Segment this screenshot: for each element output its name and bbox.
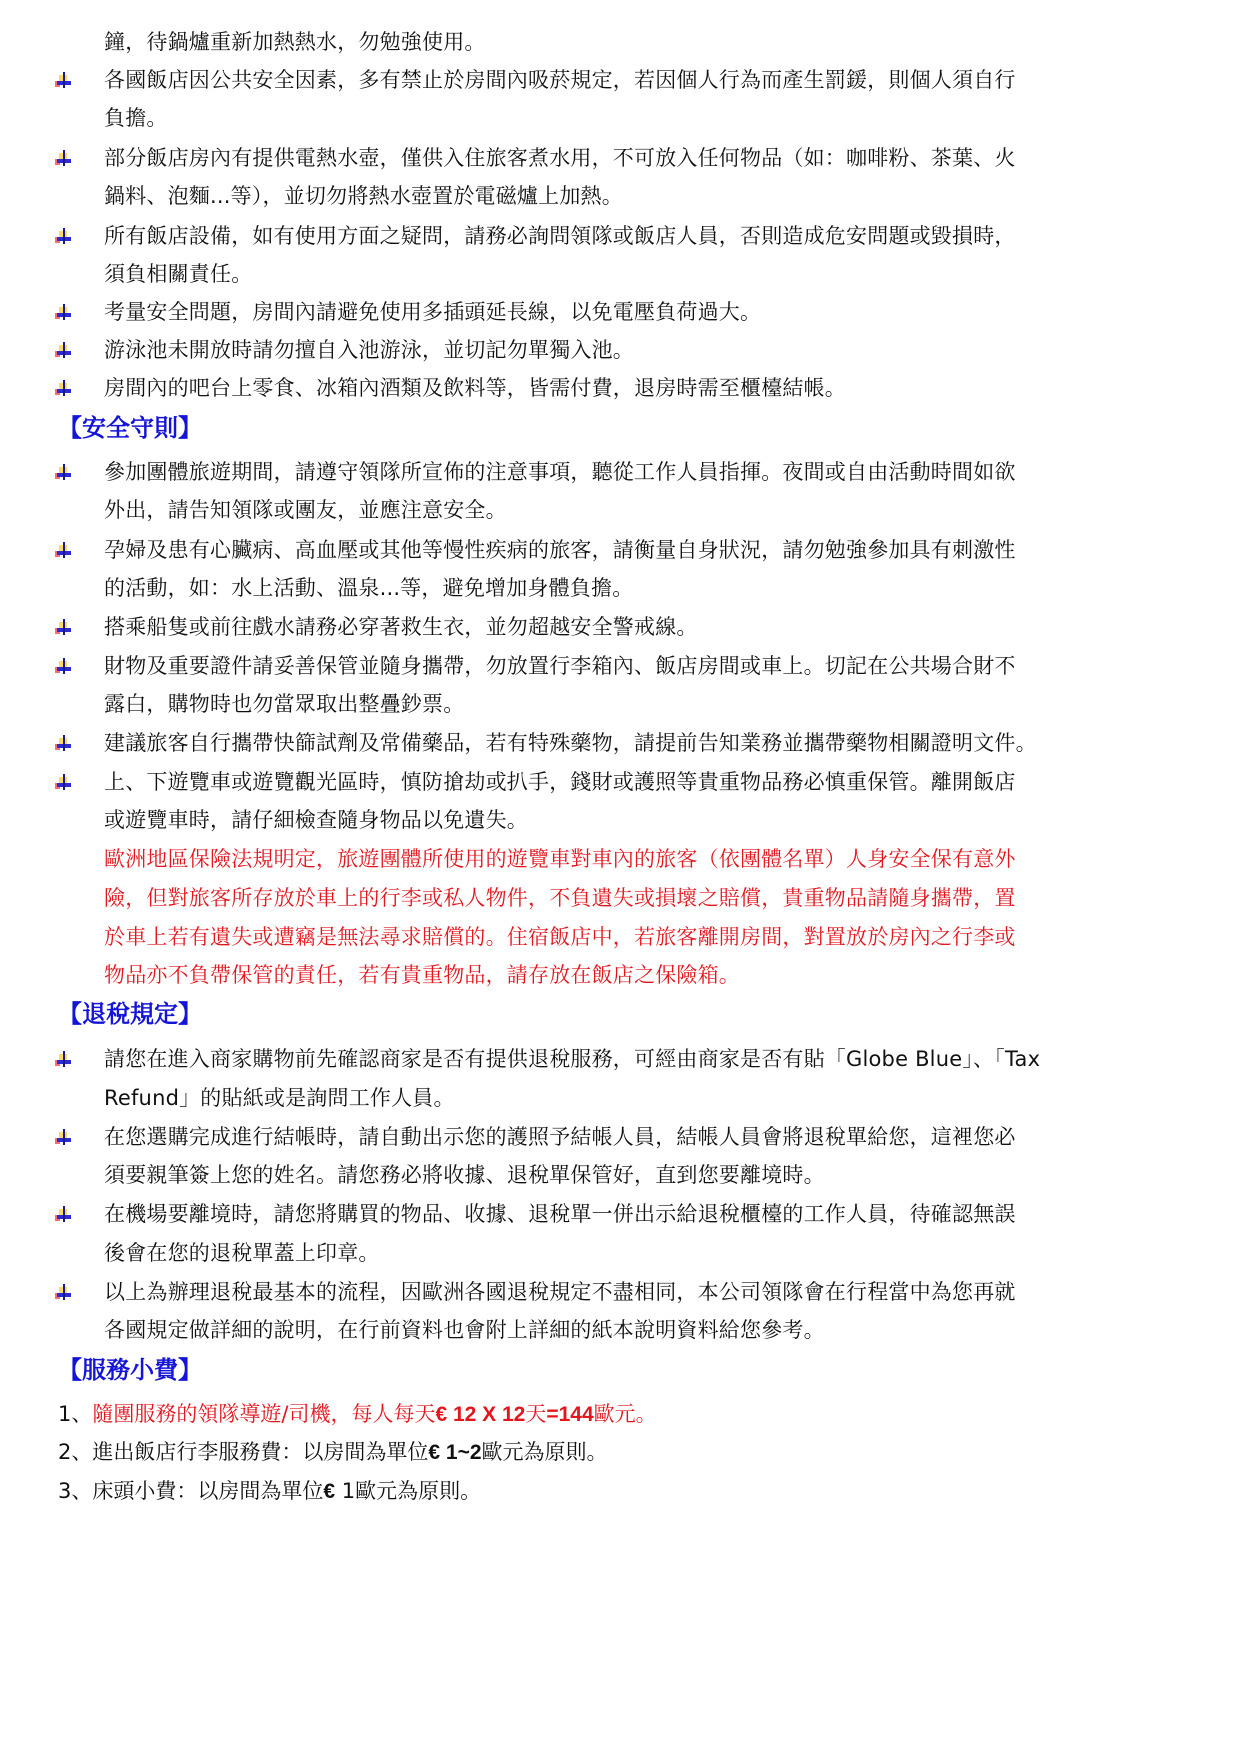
- tip-text: 1歐元為原則。: [335, 1479, 481, 1503]
- list-item-line: 以上為辦理退稅最基本的流程，因歐洲各國退稅規定不盡相同，本公司領隊會在行程當中為…: [104, 1278, 1016, 1306]
- bullet-icon: [54, 302, 74, 322]
- list-item-line: 須負相關責任。: [104, 260, 252, 288]
- list-item-line: 或遊覽車時，請仔細檢查隨身物品以免遺失。: [104, 806, 528, 834]
- tip-text: 隨團服務的領隊導遊/司機，每人每天: [92, 1402, 435, 1426]
- list-item-line: 露白，購物時也勿當眾取出整疊鈔票。: [104, 690, 464, 718]
- tip-amount: €: [323, 1480, 335, 1503]
- list-item-line: 在您選購完成進行結帳時，請自動出示您的護照予結帳人員，結帳人員會將退稅單給您，這…: [104, 1123, 1016, 1151]
- list-item-line: 外出，請告知領隊或團友，並應注意安全。: [104, 496, 507, 524]
- bullet-icon: [54, 1282, 74, 1302]
- insurance-warning-line: 物品亦不負帶保管的責任，若有貴重物品，請存放在飯店之保險箱。: [104, 961, 740, 989]
- bullet-icon: [54, 1127, 74, 1147]
- list-item-line: 鍋料、泡麵...等），並切勿將熱水壺置於電磁爐上加熱。: [104, 182, 623, 210]
- section-heading-safety: 【安全守則】: [58, 414, 202, 444]
- list-item-line: 上、下遊覽車或遊覽觀光區時，慎防搶劫或扒手，錢財或護照等貴重物品務必慎重保管。離…: [104, 768, 1016, 796]
- list-item-line: 參加團體旅遊期間，請遵守領隊所宣佈的注意事項，聽從工作人員指揮。夜間或自由活動時…: [104, 458, 1016, 486]
- bullet-icon: [54, 226, 74, 246]
- item-number: 3: [58, 1479, 71, 1503]
- bullet-icon: [54, 772, 74, 792]
- item-number: 2: [58, 1440, 71, 1464]
- bullet-icon: [54, 656, 74, 676]
- tip-item-1: 1、隨團服務的領隊導遊/司機，每人每天€ 12 X 12天=144歐元。: [58, 1400, 657, 1429]
- tip-amount: € 12 X 12: [435, 1403, 525, 1426]
- tip-total: =144: [546, 1403, 593, 1426]
- list-item-line: 建議旅客自行攜帶快篩試劑及常備藥品，若有特殊藥物，請提前告知業務並攜帶藥物相關證…: [104, 729, 1037, 757]
- list-item-line: 負擔。: [104, 104, 168, 132]
- bullet-icon: [54, 462, 74, 482]
- tip-text: 床頭小費：以房間為單位: [92, 1479, 323, 1503]
- insurance-warning-line: 險，但對旅客所存放於車上的行李或私人物件，不負遺失或損壞之賠償，貴重物品請隨身攜…: [104, 884, 1016, 912]
- list-item-line: 在機場要離境時，請您將購買的物品、收據、退稅單一併出示給退稅櫃檯的工作人員，待確…: [104, 1200, 1016, 1228]
- list-item-line: Refund」的貼紙或是詢問工作人員。: [104, 1084, 455, 1112]
- section-heading-tips: 【服務小費】: [58, 1356, 202, 1386]
- bullet-icon: [54, 1204, 74, 1224]
- item-separator: 、: [71, 1440, 92, 1464]
- tip-amount: € 1~2: [428, 1441, 481, 1464]
- bullet-icon: [54, 70, 74, 90]
- list-item-line: 請您在進入商家購物前先確認商家是否有提供退稅服務，可經由商家是否有貼「Globe…: [104, 1045, 1040, 1073]
- tip-item-2: 2、進出飯店行李服務費：以房間為單位€ 1~2歐元為原則。: [58, 1438, 608, 1467]
- item-separator: 、: [71, 1479, 92, 1503]
- bullet-icon: [54, 340, 74, 360]
- bullet-icon: [54, 378, 74, 398]
- paragraph-continuation: 鐘，待鍋爐重新加熱熱水，勿勉強使用。: [104, 28, 486, 56]
- tip-text: 歐元。: [594, 1402, 657, 1426]
- bullet-icon: [54, 1049, 74, 1069]
- list-item-line: 房間內的吧台上零食、冰箱內酒類及飲料等，皆需付費，退房時需至櫃檯結帳。: [104, 374, 846, 402]
- insurance-warning-line: 歐洲地區保險法規明定，旅遊團體所使用的遊覽車對車內的旅客（依團體名單）人身安全保…: [104, 845, 1016, 873]
- bullet-icon: [54, 540, 74, 560]
- tip-item-3: 3、床頭小費：以房間為單位€ 1歐元為原則。: [58, 1477, 481, 1506]
- item-separator: 、: [71, 1402, 92, 1426]
- list-item-line: 各國飯店因公共安全因素，多有禁止於房間內吸菸規定，若因個人行為而產生罰鍰，則個人…: [104, 66, 1016, 94]
- list-item-line: 部分飯店房內有提供電熱水壺，僅供入住旅客煮水用，不可放入任何物品（如：咖啡粉、茶…: [104, 144, 1016, 172]
- list-item-line: 財物及重要證件請妥善保管並隨身攜帶，勿放置行李箱內、飯店房間或車上。切記在公共場…: [104, 652, 1016, 680]
- bullet-icon: [54, 617, 74, 637]
- item-number: 1: [58, 1402, 71, 1426]
- tip-text: 歐元為原則。: [482, 1440, 608, 1464]
- list-item-line: 後會在您的退稅單蓋上印章。: [104, 1239, 380, 1267]
- list-item-line: 考量安全問題，房間內請避免使用多插頭延長線，以免電壓負荷過大。: [104, 298, 761, 326]
- bullet-icon: [54, 148, 74, 168]
- bullet-icon: [54, 733, 74, 753]
- tip-text: 天: [525, 1402, 546, 1426]
- list-item-line: 所有飯店設備，如有使用方面之疑問，請務必詢問領隊或飯店人員，否則造成危安問題或毀…: [104, 222, 1016, 250]
- tip-text: 進出飯店行李服務費：以房間為單位: [92, 1440, 428, 1464]
- list-item-line: 各國規定做詳細的說明，在行前資料也會附上詳細的紙本說明資料給您參考。: [104, 1316, 825, 1344]
- list-item-line: 的活動，如：水上活動、溫泉...等，避免增加身體負擔。: [104, 574, 633, 602]
- list-item-line: 搭乘船隻或前往戲水請務必穿著救生衣，並勿超越安全警戒線。: [104, 613, 698, 641]
- section-heading-tax-refund: 【退稅規定】: [58, 1000, 202, 1030]
- list-item-line: 游泳池未開放時請勿擅自入池游泳，並切記勿單獨入池。: [104, 336, 634, 364]
- insurance-warning-line: 於車上若有遺失或遭竊是無法尋求賠償的。住宿飯店中，若旅客離開房間，對置放於房內之…: [104, 923, 1016, 951]
- list-item-line: 孕婦及患有心臟病、高血壓或其他等慢性疾病的旅客，請衡量自身狀況，請勿勉強參加具有…: [104, 536, 1016, 564]
- list-item-line: 須要親筆簽上您的姓名。請您務必將收據、退稅單保管好，直到您要離境時。: [104, 1161, 825, 1189]
